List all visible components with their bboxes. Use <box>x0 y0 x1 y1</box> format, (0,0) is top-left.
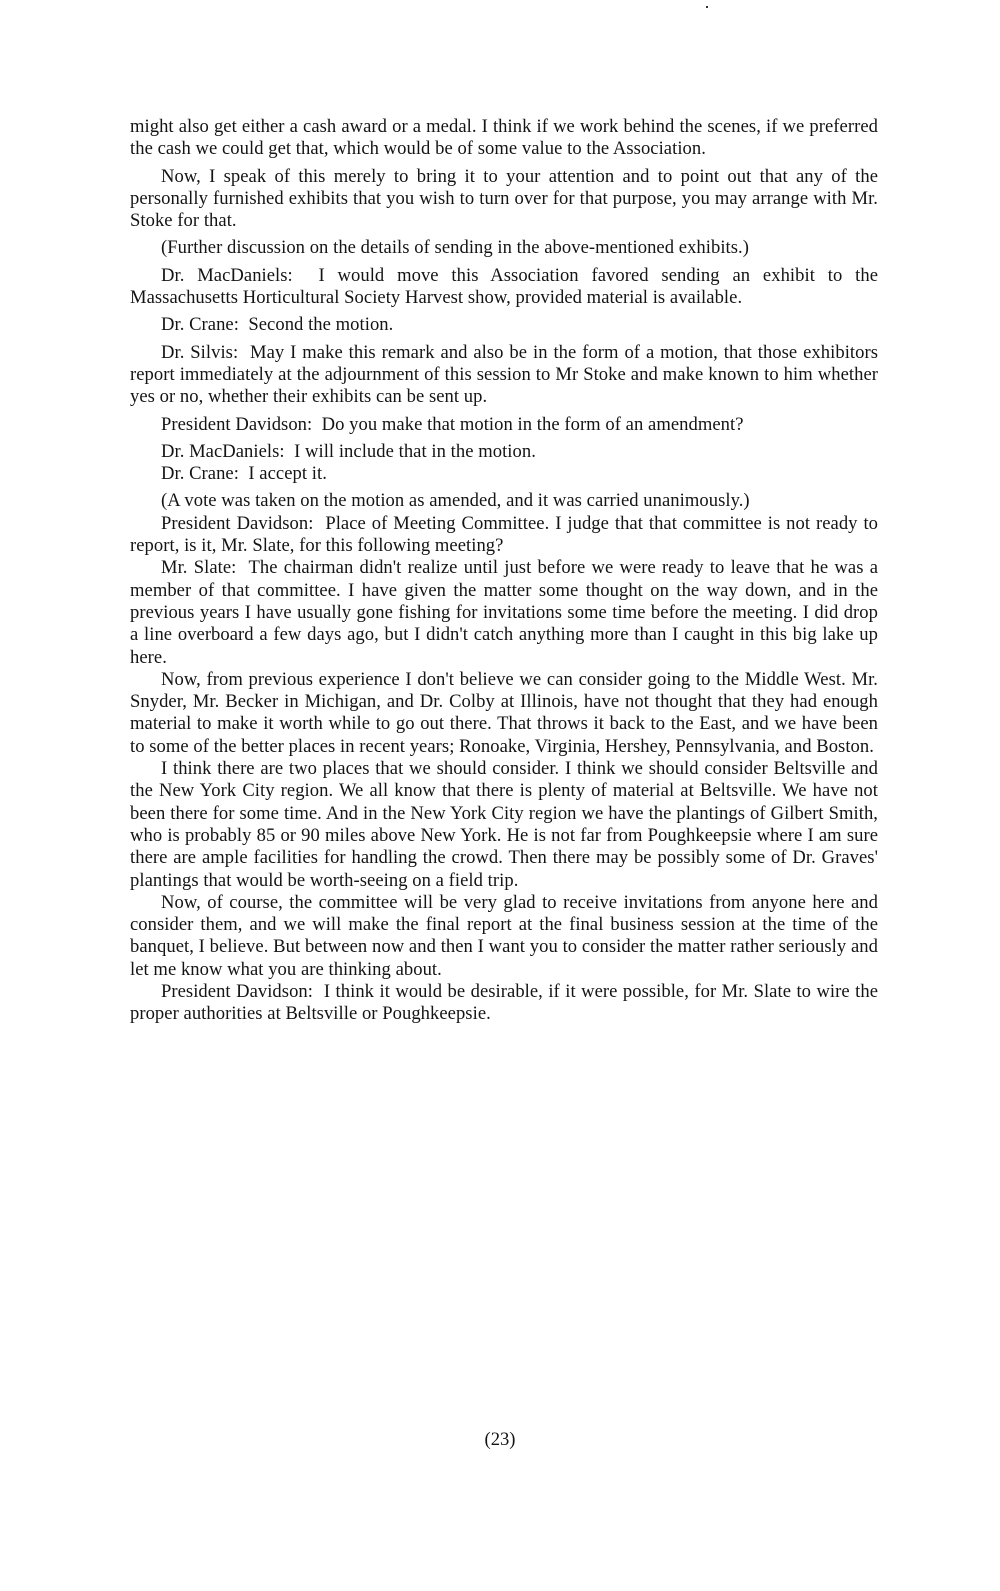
paragraph-crane-second: Dr. Crane: Second the motion. <box>130 314 878 336</box>
paragraph-slate-two-places: I think there are two places that we sho… <box>130 758 878 892</box>
paragraph-slate-invitations: Now, of course, the committee will be ve… <box>130 892 878 981</box>
paragraph-davidson-wire: President Davidson: I think it would be … <box>130 981 878 1026</box>
paragraph-text: (A vote was taken on the motion as amend… <box>161 490 750 511</box>
document-page: might also get either a cash award or a … <box>130 116 878 1026</box>
speaker-label: Mr. Slate: <box>161 557 236 578</box>
paragraph-slate-response: Mr. Slate: The chairman didn't realize u… <box>130 557 878 668</box>
paragraph-silvis-remark: Dr. Silvis: May I make this remark and a… <box>130 342 878 409</box>
paragraph-stage-note-vote: (A vote was taken on the motion as amend… <box>130 490 878 512</box>
paragraph-slate-middle-west: Now, from previous experience I don't be… <box>130 669 878 758</box>
paragraph-text: (Further discussion on the details of se… <box>161 237 749 258</box>
paragraph-stage-note-discussion: (Further discussion on the details of se… <box>130 237 878 259</box>
speaker-label: Dr. Silvis: <box>161 342 238 363</box>
paragraph-davidson-amendment: President Davidson: Do you make that mot… <box>130 414 878 436</box>
paragraph-text: May I make this remark and also be in th… <box>130 342 878 408</box>
paragraph-text: Second the motion. <box>248 314 393 335</box>
paragraph-text: Do you make that motion in the form of a… <box>322 414 744 435</box>
speaker-label: Dr. MacDaniels: <box>161 441 285 462</box>
paragraph-text: I will include that in the motion. <box>294 441 536 462</box>
paragraph-text: Now, from previous experience I don't be… <box>130 669 878 757</box>
speaker-label: President Davidson: <box>161 513 313 534</box>
speaker-label: Dr. Crane: <box>161 314 239 335</box>
page-number: (23) <box>0 1429 1000 1451</box>
speaker-label: Dr. MacDaniels: <box>161 265 293 286</box>
paragraph-text: might also get either a cash award or a … <box>130 116 878 159</box>
paragraph-continuation: might also get either a cash award or a … <box>130 116 878 161</box>
speaker-label: President Davidson: <box>161 981 313 1002</box>
paragraph-text: I accept it. <box>248 463 327 484</box>
speaker-label: Dr. Crane: <box>161 463 239 484</box>
paragraph-text: I think there are two places that we sho… <box>130 758 878 890</box>
scan-speck <box>706 6 708 8</box>
paragraph-davidson-place-of-meeting: President Davidson: Place of Meeting Com… <box>130 513 878 558</box>
paragraph-crane-accept: Dr. Crane: I accept it. <box>130 463 878 485</box>
paragraph-text: The chairman didn't realize until just b… <box>130 557 878 667</box>
speaker-label: President Davidson: <box>161 414 312 435</box>
paragraph-exhibit-arrangement: Now, I speak of this merely to bring it … <box>130 166 878 233</box>
paragraph-text: Now, I speak of this merely to bring it … <box>130 166 878 232</box>
paragraph-macdaniels-include: Dr. MacDaniels: I will include that in t… <box>130 441 878 463</box>
paragraph-macdaniels-motion: Dr. MacDaniels: I would move this Associ… <box>130 265 878 310</box>
paragraph-text: Now, of course, the committee will be ve… <box>130 892 878 980</box>
